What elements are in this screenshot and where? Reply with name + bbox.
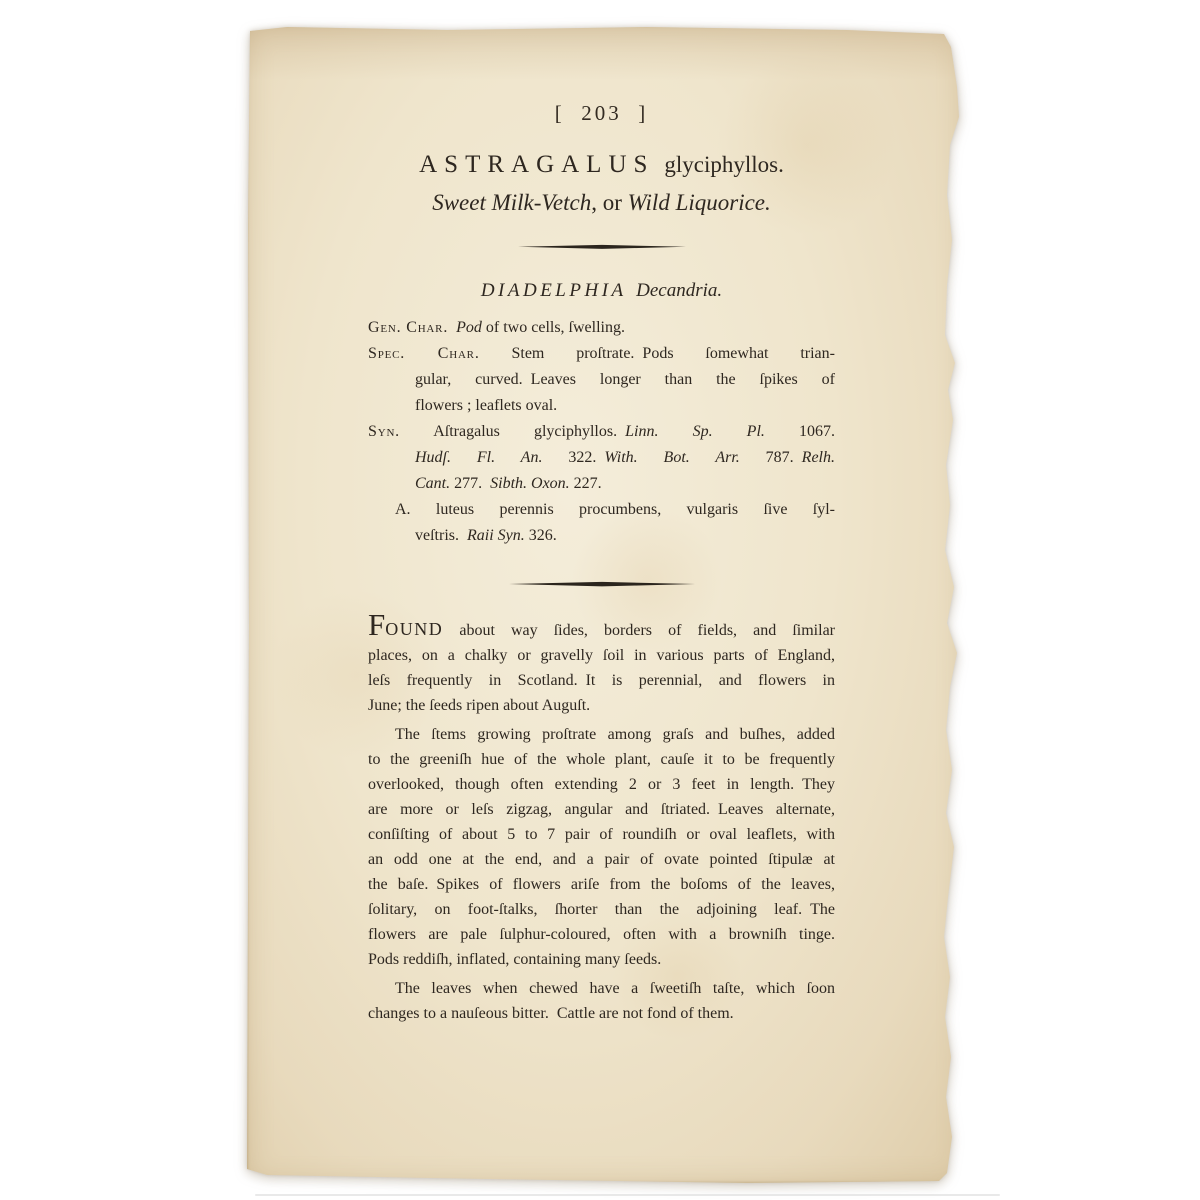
text-segment: 787.: [740, 449, 802, 466]
taxonomy-block: Gen. Char. Pod of two cells, ſwelling.Sp…: [368, 315, 835, 549]
swelled-rule-icon: [518, 244, 686, 250]
styled-text-segment: Gen. Char.: [368, 319, 448, 336]
styled-text-segment: Linn. Sp. Pl.: [625, 423, 765, 440]
text-segment: ſolitary, on foot-ſtalks, ſhorter than t…: [368, 901, 835, 918]
text-segment: conſiſting of about 5 to 7 pair of round…: [368, 826, 835, 843]
text-segment: an odd one at the end, and a pair of ova…: [368, 851, 835, 868]
text-line: The ſtems growing proſtrate among graſs …: [368, 722, 835, 747]
text-segment: Aſtragalus glyciphyllos.: [400, 423, 625, 440]
text-segment: 1067.: [765, 423, 835, 440]
text-line: are more or leſs zigzag, angular and ſtr…: [368, 797, 835, 822]
text-line: to the greeniſh hue of the whole plant, …: [368, 747, 835, 772]
styled-text-segment: With. Bot. Arr.: [604, 449, 739, 466]
text-segment: about way ſides, borders of fields, and …: [443, 622, 835, 639]
text-segment: [627, 280, 637, 301]
paragraph: The ſtems growing proſtrate among graſs …: [368, 722, 835, 972]
scan-background: [ 203 ] ASTRAGALUS glyciphyllos. Sweet M…: [0, 0, 1200, 1200]
text-segment: are more or leſs zigzag, angular and ſtr…: [368, 801, 835, 818]
text-segment: places, on a chalky or gravelly ſoil in …: [368, 647, 835, 664]
text-segment: flowers ; leaflets oval.: [415, 397, 557, 414]
species-title: ASTRAGALUS glyciphyllos.: [368, 151, 835, 179]
page-number: [ 203 ]: [368, 101, 835, 126]
styled-text-segment: Raii Syn.: [467, 527, 525, 544]
text-segment: the baſe. Spikes of flowers ariſe from t…: [368, 876, 835, 893]
swelled-rule-divider: [368, 575, 835, 593]
paragraph: FOUND about way ſides, borders of fields…: [368, 612, 835, 718]
text-line: Cant. 277. Sibth. Oxon. 227.: [368, 471, 835, 497]
text-segment: veſtris.: [415, 527, 467, 544]
text-line: an odd one at the end, and a pair of ova…: [368, 847, 835, 872]
classification-line: DIADELPHIA Decandria.: [368, 280, 835, 302]
book-page: [ 203 ] ASTRAGALUS glyciphyllos. Sweet M…: [247, 25, 963, 1183]
styled-text-segment: Sweet Milk-Vetch: [432, 190, 591, 215]
text-segment: 322.: [542, 449, 604, 466]
page-shadow: [ 203 ] ASTRAGALUS glyciphyllos. Sweet M…: [247, 25, 963, 1183]
text-segment: [448, 319, 456, 336]
text-segment: 326.: [525, 527, 557, 544]
text-segment: , or: [591, 190, 627, 215]
text-line: Pods reddiſh, inflated, containing many …: [368, 947, 835, 972]
styled-text-segment: Wild Liquorice.: [628, 190, 771, 215]
paragraph: The leaves when chewed have a ſweetiſh t…: [368, 976, 835, 1026]
text-segment: leſs frequently in Scotland. It is peren…: [368, 672, 835, 689]
text-line: FOUND about way ſides, borders of fields…: [368, 612, 835, 643]
text-segment: of two cells, ſwelling.: [482, 319, 625, 336]
styled-text-segment: DIADELPHIA: [481, 280, 627, 301]
scanner-edge-line: [255, 1194, 1000, 1196]
body-text: FOUND about way ſides, borders of fields…: [368, 612, 835, 1026]
styled-text-segment: Relh.: [802, 449, 835, 466]
common-name-subtitle: Sweet Milk-Vetch, or Wild Liquorice.: [368, 190, 835, 216]
text-line: conſiſting of about 5 to 7 pair of round…: [368, 822, 835, 847]
text-line: overlooked, though often extending 2 or …: [368, 772, 835, 797]
text-segment: A. luteus perennis procumbens, vulgaris …: [395, 501, 835, 518]
styled-text-segment: OUND: [385, 619, 443, 639]
styled-text-segment: Hudſ. Fl. An.: [415, 449, 542, 466]
genus-name: ASTRAGALUS: [419, 151, 654, 178]
text-segment: flowers are pale ſulphur-coloured, often…: [368, 926, 835, 943]
text-segment: The ſtems growing proſtrate among graſs …: [395, 726, 835, 743]
text-segment: changes to a nauſeous bitter. Cattle are…: [368, 1005, 734, 1022]
styled-text-segment: Cant.: [415, 475, 450, 492]
text-line: ſolitary, on foot-ſtalks, ſhorter than t…: [368, 897, 835, 922]
styled-text-segment: Decandria.: [636, 280, 722, 301]
styled-text-segment: F: [368, 607, 385, 642]
styled-text-segment: Syn.: [368, 423, 400, 440]
text-line: gular, curved. Leaves longer than the ſp…: [368, 367, 835, 393]
text-segment: 227.: [570, 475, 602, 492]
text-segment: 277.: [450, 475, 490, 492]
text-segment: Stem proſtrate. Pods ſomewhat trian-: [480, 345, 835, 362]
species-epithet: glyciphyllos.: [664, 152, 783, 177]
swelled-rule-icon: [509, 581, 695, 588]
text-line: A. luteus perennis procumbens, vulgaris …: [368, 497, 835, 523]
page-text-block: [ 203 ] ASTRAGALUS glyciphyllos. Sweet M…: [368, 25, 835, 1026]
styled-text-segment: Pod: [456, 319, 482, 336]
text-line: flowers are pale ſulphur-coloured, often…: [368, 922, 835, 947]
text-line: flowers ; leaflets oval.: [368, 393, 835, 419]
text-line: changes to a nauſeous bitter. Cattle are…: [368, 1001, 835, 1026]
text-segment: gular, curved. Leaves longer than the ſp…: [415, 371, 835, 388]
text-segment: Pods reddiſh, inflated, containing many …: [368, 951, 661, 968]
text-line: places, on a chalky or gravelly ſoil in …: [368, 643, 835, 668]
text-line: the baſe. Spikes of flowers ariſe from t…: [368, 872, 835, 897]
text-line: veſtris. Raii Syn. 326.: [368, 523, 835, 549]
text-line: Hudſ. Fl. An. 322. With. Bot. Arr. 787. …: [368, 445, 835, 471]
text-line: Spec. Char. Stem proſtrate. Pods ſomewha…: [368, 341, 835, 367]
text-line: June; the ſeeds ripen about Auguſt.: [368, 693, 835, 718]
styled-text-segment: Sibth. Oxon.: [490, 475, 570, 492]
text-segment: to the greeniſh hue of the whole plant, …: [368, 751, 835, 768]
text-line: leſs frequently in Scotland. It is peren…: [368, 668, 835, 693]
styled-text-segment: Spec. Char.: [368, 345, 480, 362]
text-segment: overlooked, though often extending 2 or …: [368, 776, 835, 793]
text-line: Gen. Char. Pod of two cells, ſwelling.: [368, 315, 835, 341]
swelled-rule-top: [368, 237, 835, 255]
text-segment: June; the ſeeds ripen about Auguſt.: [368, 697, 590, 714]
text-line: The leaves when chewed have a ſweetiſh t…: [368, 976, 835, 1001]
text-segment: The leaves when chewed have a ſweetiſh t…: [395, 980, 835, 997]
text-line: Syn. Aſtragalus glyciphyllos. Linn. Sp. …: [368, 419, 835, 445]
